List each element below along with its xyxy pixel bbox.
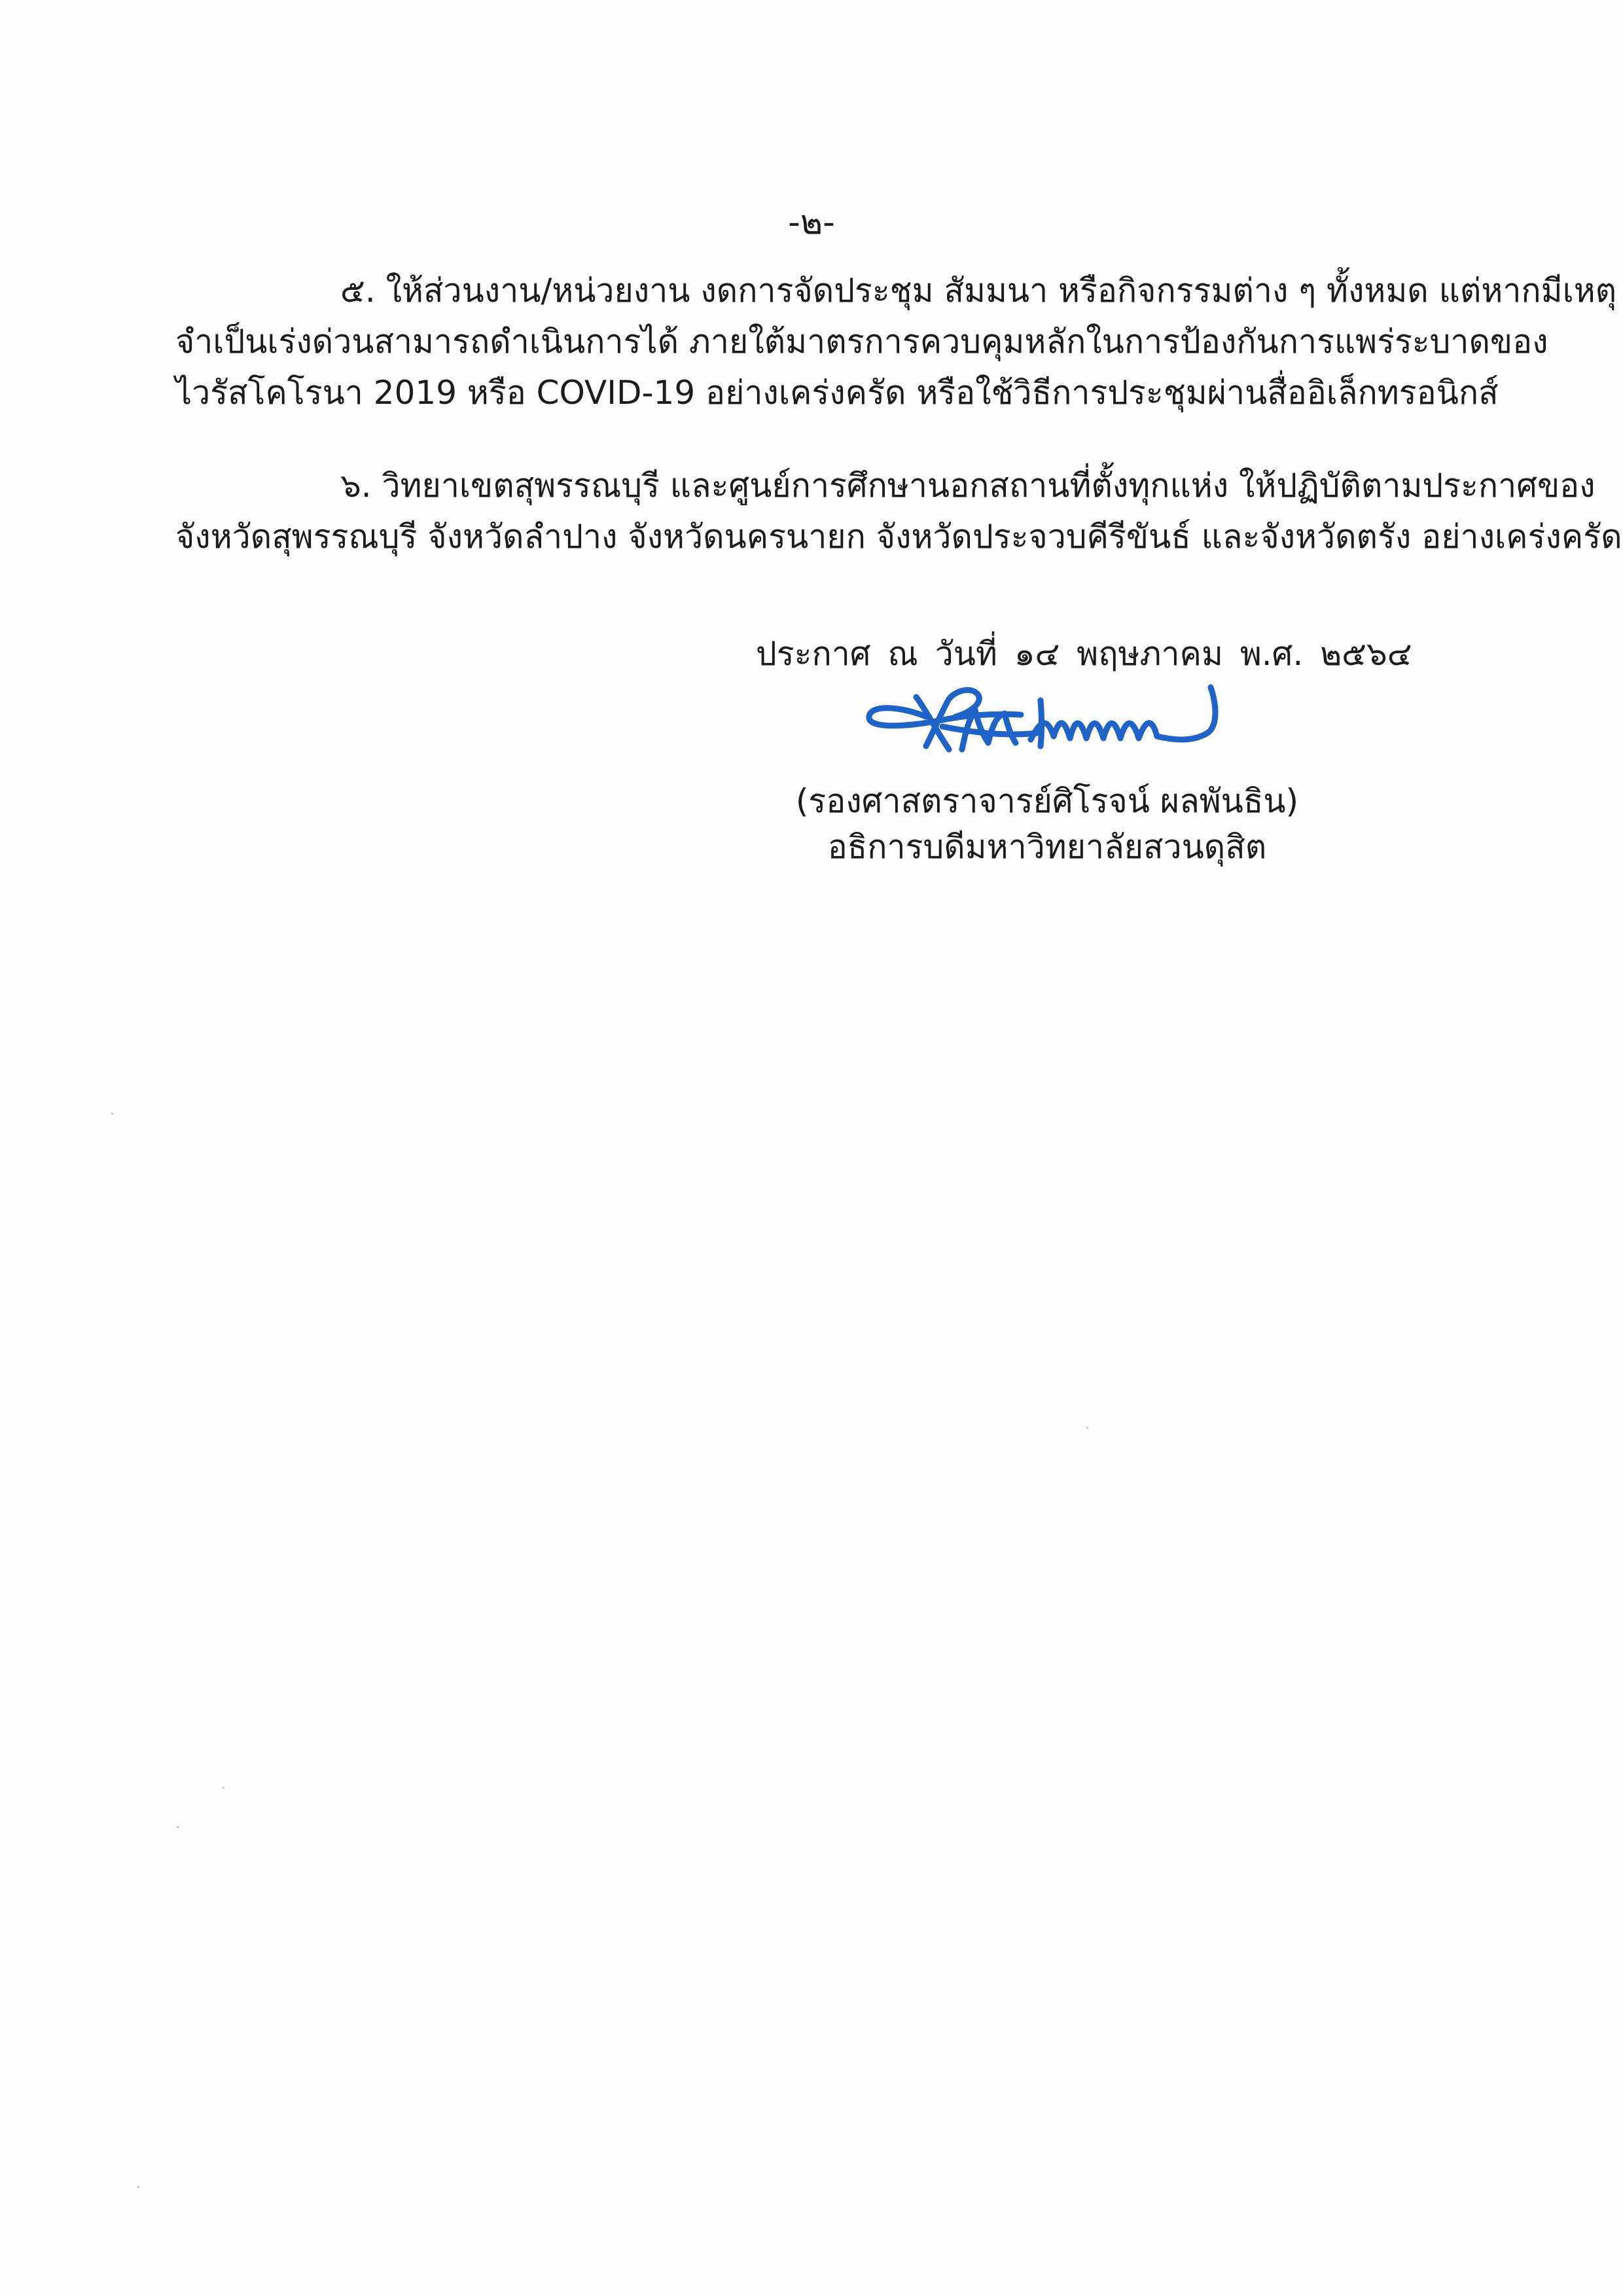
- paragraph-line: ๖. วิทยาเขตสุพรรณบุรี และศูนย์การศึกษานอ…: [175, 460, 1419, 511]
- paragraph-line: จำเป็นเร่งด่วนสามารถดำเนินการได้ ภายใต้ม…: [175, 316, 1419, 367]
- paragraph-line: ไวรัสโคโรนา 2019 หรือ COVID-19 อย่างเคร่…: [175, 367, 1419, 418]
- page-number: -๒-: [0, 196, 1623, 249]
- announcement-date: ประกาศ ณ วันที่ ๑๔ พฤษภาคม พ.ศ. ๒๕๖๔: [756, 628, 1412, 679]
- scan-speck: [1086, 1427, 1088, 1429]
- paragraph-item-5: ๕. ให้ส่วนงาน/หน่วยงาน งดการจัดประชุม สั…: [175, 265, 1419, 418]
- signer-name: (รองศาสตราจารย์ศิโรจน์ ผลพันธิน): [0, 776, 1623, 827]
- signer-title: อธิการบดีมหาวิทยาลัยสวนดุสิต: [0, 821, 1623, 872]
- document-page: -๒- ๕. ให้ส่วนงาน/หน่วยงาน งดการจัดประชุ…: [0, 0, 1623, 2296]
- scan-speck: [223, 1787, 224, 1789]
- scan-speck: [111, 1113, 113, 1115]
- scan-speck: [137, 2186, 139, 2188]
- paragraph-line: ๕. ให้ส่วนงาน/หน่วยงาน งดการจัดประชุม สั…: [175, 265, 1419, 316]
- scan-speck: [177, 1826, 179, 1828]
- paragraph-item-6: ๖. วิทยาเขตสุพรรณบุรี และศูนย์การศึกษานอ…: [175, 460, 1419, 562]
- signature-image: [864, 681, 1230, 756]
- paragraph-line: จังหวัดสุพรรณบุรี จังหวัดลำปาง จังหวัดนค…: [175, 511, 1419, 562]
